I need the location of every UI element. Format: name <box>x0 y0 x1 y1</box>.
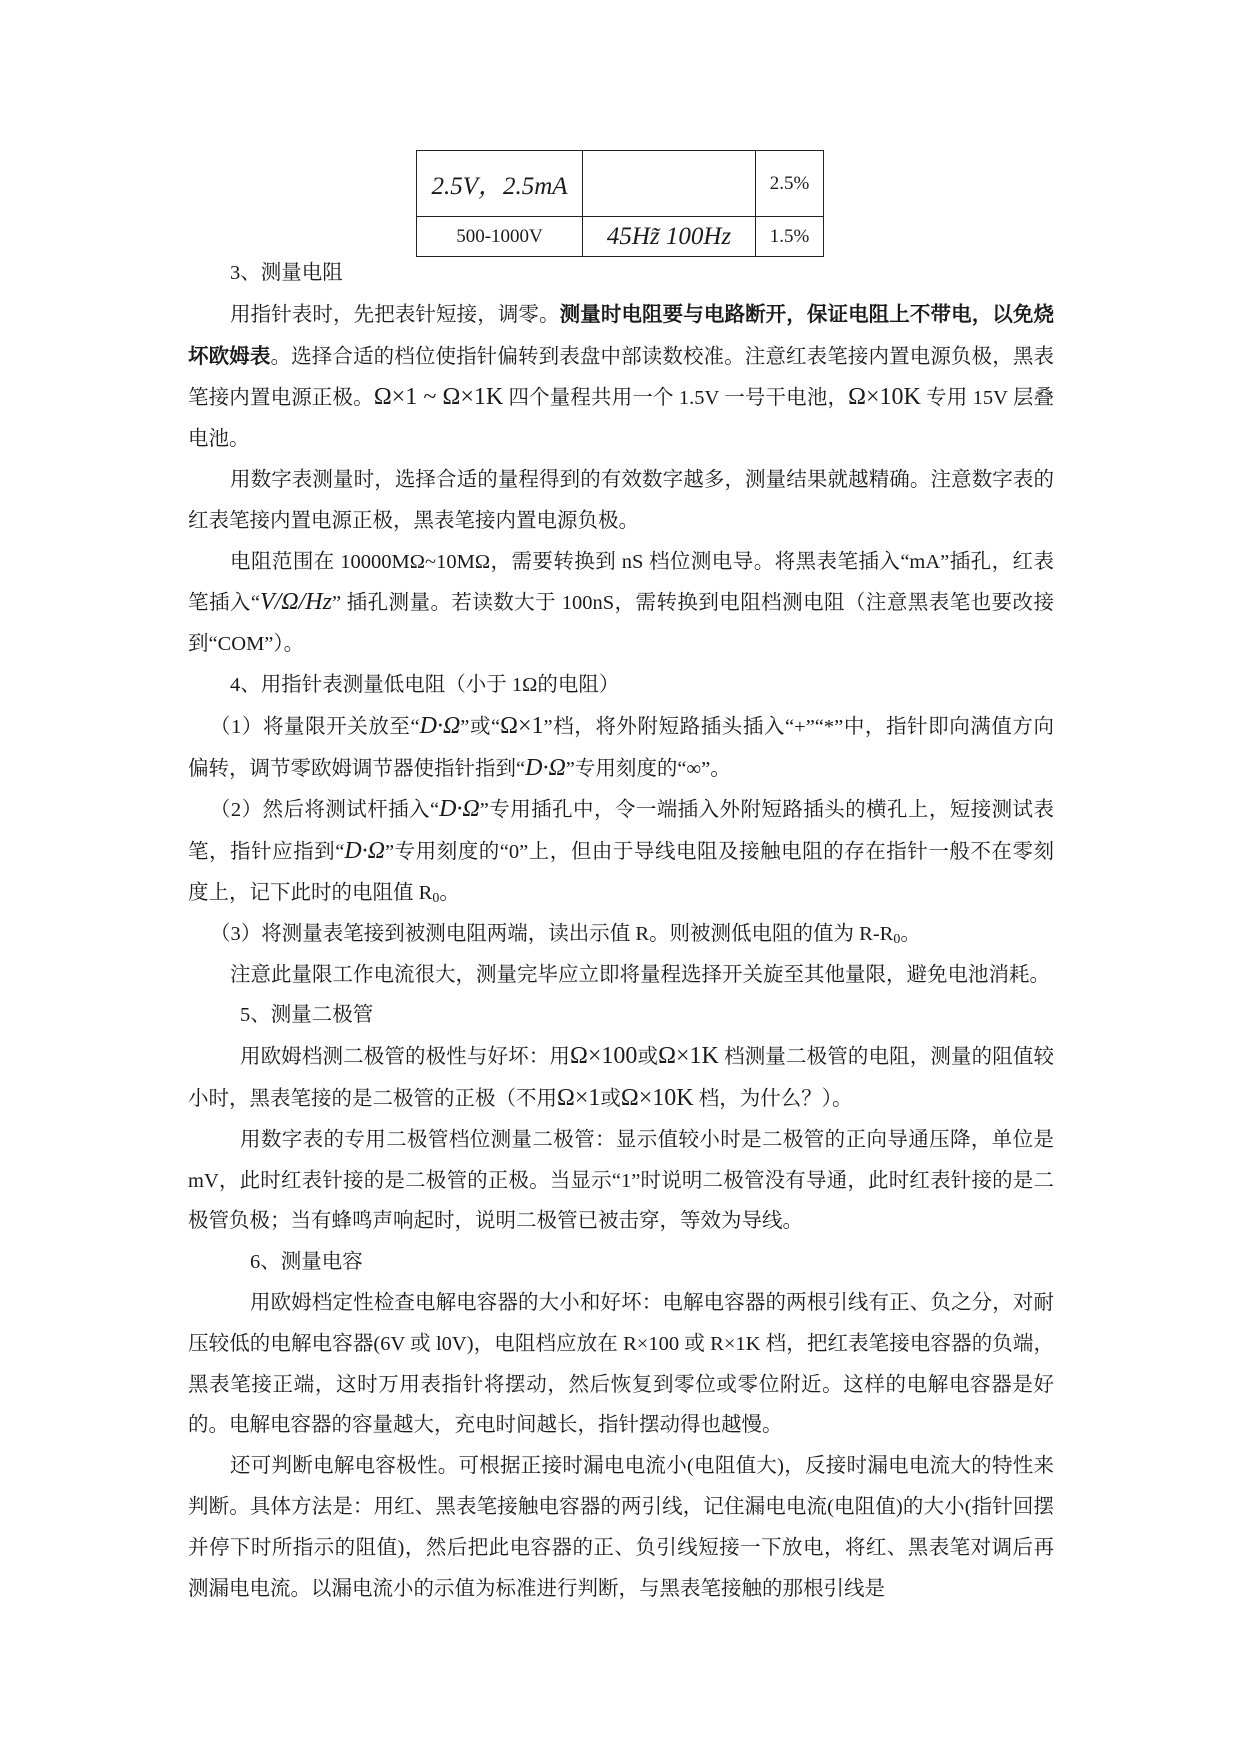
math-expr: D·Ω <box>420 713 461 739</box>
paragraph: 用指针表时，先把表针短接，调零。测量时电阻要与电路断开，保证电阻上不带电，以免烧… <box>188 294 1054 460</box>
math-expr: V/Ω/Hz <box>260 589 332 615</box>
table-cell: 1.5% <box>756 217 824 257</box>
paragraph: 用数字表测量时，选择合适的量程得到的有效数字越多，测量结果就越精确。注意数字表的… <box>188 460 1054 542</box>
table-cell: 45Hz̃ 100Hz <box>583 217 756 257</box>
paragraph: 用数字表的专用二极管档位测量二极管：显示值较小时是二极管的正向导通压降，单位是 … <box>188 1120 1054 1242</box>
paragraph: （3）将测量表笔接到被测电阻两端，读出示值 R。则被测低电阻的值为 R-R0。 <box>188 914 1054 955</box>
paragraph: （1）将量限开关放至“D·Ω”或“Ω×1”档，将外附短路插头插入“+”“*”中，… <box>188 706 1054 790</box>
text: 或 <box>637 1046 658 1068</box>
text: 或 <box>600 1088 621 1110</box>
text: 用欧姆档测二极管的极性与好坏：用 <box>240 1046 570 1068</box>
text: 用指针表时，先把表针短接，调零。 <box>230 304 560 326</box>
math-expr: Ω×10K <box>848 384 921 410</box>
math-expr: Ω×1 <box>500 713 543 739</box>
text: （3）将测量表笔接到被测电阻两端，读出示值 R。则被测低电阻的值为 R-R <box>210 923 893 945</box>
math-expr: D·Ω <box>525 755 566 781</box>
body-text: 3、测量电阻 用指针表时，先把表针短接，调零。测量时电阻要与电路断开，保证电阻上… <box>188 253 1054 1609</box>
text: （2）然后将测试杆插入“ <box>210 799 439 821</box>
paragraph: （2）然后将测试杆插入“D·Ω”专用插孔中，令一端插入外附短路插头的横孔上，短接… <box>188 789 1054 913</box>
text: 。 <box>439 882 460 904</box>
document-page: 2.5V，2.5mA 2.5% 500-1000V 45Hz̃ 100Hz 1.… <box>0 0 1241 1754</box>
paragraph: 电阻范围在 10000MΩ~10MΩ，需要转换到 nS 档位测电导。将黑表笔插入… <box>188 542 1054 665</box>
section-heading-3: 3、测量电阻 <box>188 253 1054 294</box>
section-heading-4: 4、用指针表测量低电阻（小于 1Ω的电阻） <box>188 665 1054 706</box>
paragraph: 还可判断电解电容极性。可根据正接时漏电电流小(电阻值大)，反接时漏电电流大的特性… <box>188 1446 1054 1609</box>
table-row: 500-1000V 45Hz̃ 100Hz 1.5% <box>417 217 824 257</box>
text: 档，为什么？）。 <box>694 1088 853 1110</box>
text: 。 <box>900 923 921 945</box>
paragraph: 用欧姆档定性检查电解电容器的大小和好坏：电解电容器的两根引线有正、负之分，对耐压… <box>188 1283 1054 1446</box>
section-heading-6: 6、测量电容 <box>188 1242 1054 1283</box>
math-expr: Ω×1K <box>658 1043 719 1069</box>
text: （1）将量限开关放至“ <box>210 716 420 738</box>
paragraph: 注意此量限工作电流很大，测量完毕应立即将量程选择开关旋至其他量限，避免电池消耗。 <box>188 955 1054 996</box>
table-row: 2.5V，2.5mA 2.5% <box>417 151 824 217</box>
math-expr: D·Ω <box>439 796 480 822</box>
table-cell <box>583 151 756 217</box>
paragraph: 用欧姆档测二极管的极性与好坏：用Ω×100或Ω×1K 档测量二极管的电阻，测量的… <box>188 1036 1054 1120</box>
math-expr: Ω×100 <box>570 1043 637 1069</box>
math-expr: Ω×10K <box>621 1085 694 1111</box>
table-cell: 500-1000V <box>417 217 583 257</box>
section-heading-5: 5、测量二极管 <box>188 995 1054 1036</box>
math-expr: Ω×1 ~ Ω×1K <box>374 384 503 410</box>
math-expr: D·Ω <box>344 838 385 864</box>
spec-table: 2.5V，2.5mA 2.5% 500-1000V 45Hz̃ 100Hz 1.… <box>416 150 824 257</box>
text: ”或“ <box>460 716 500 738</box>
table-cell: 2.5% <box>756 151 824 217</box>
math-expr: Ω×1 <box>557 1085 600 1111</box>
text: ”专用刻度的“∞”。 <box>566 758 731 780</box>
text: 四个量程共用一个 1.5V 一号干电池， <box>503 387 848 409</box>
table-cell: 2.5V，2.5mA <box>417 151 583 217</box>
